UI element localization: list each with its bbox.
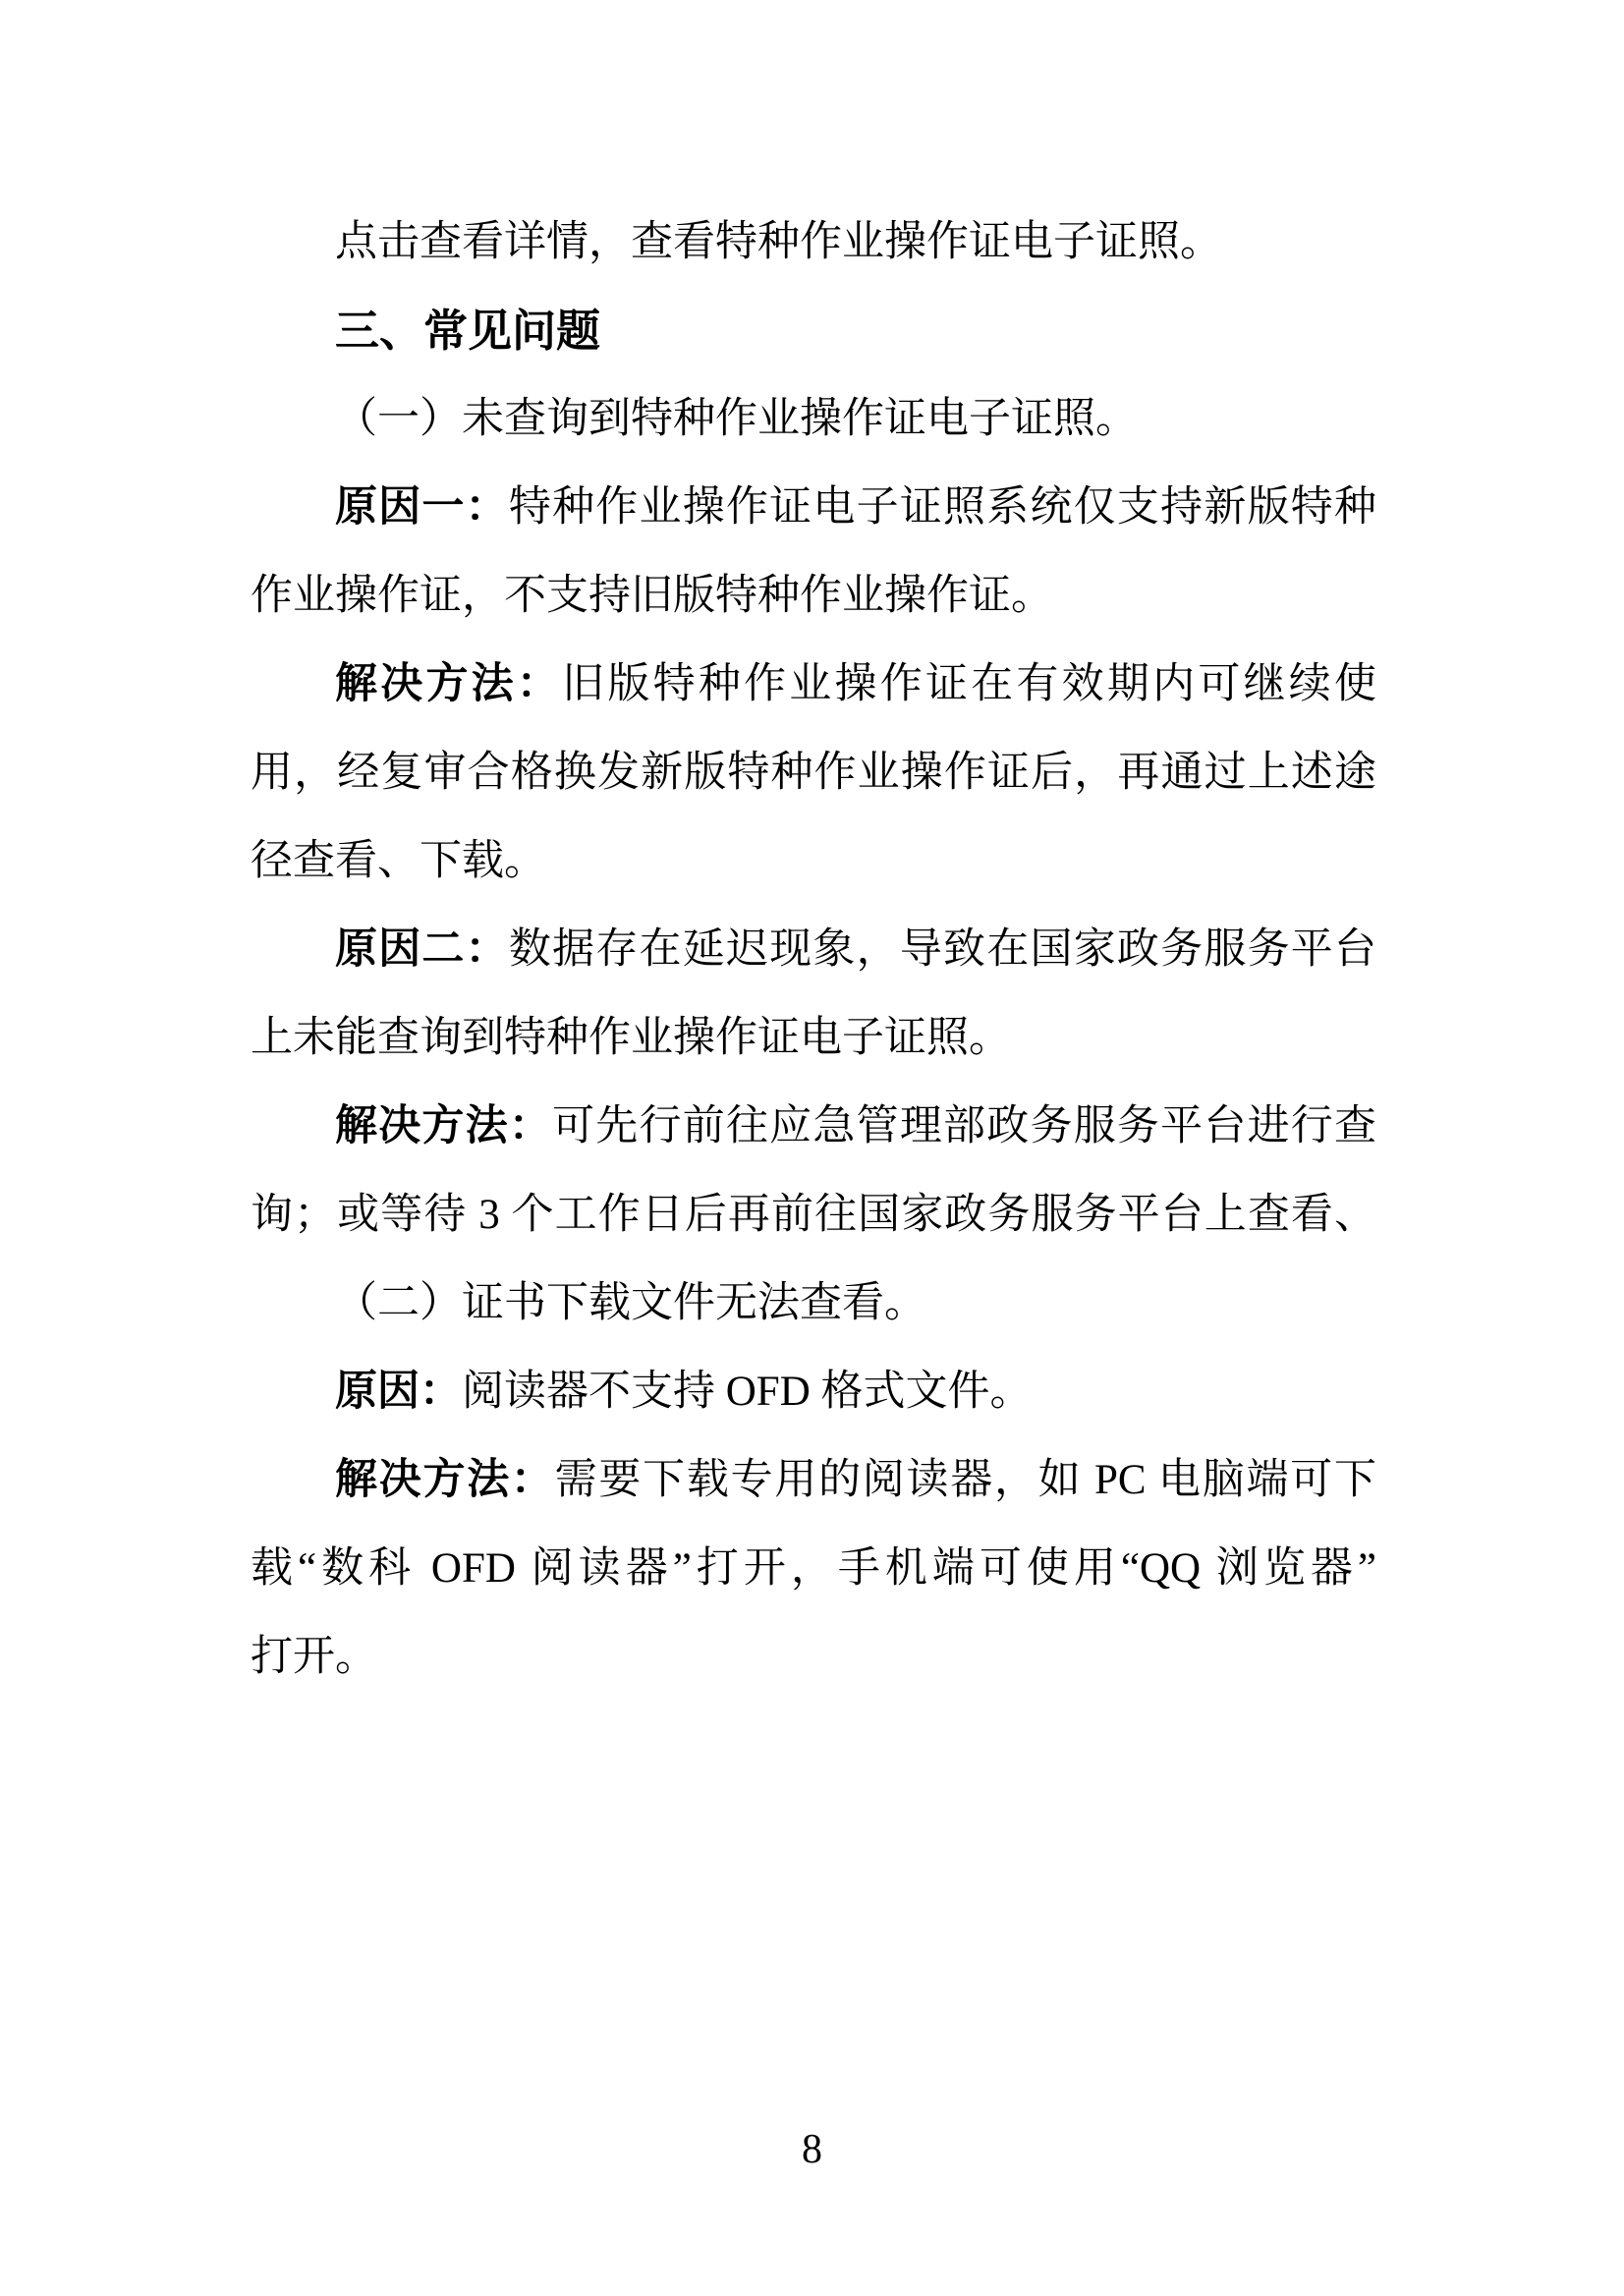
reason2-line2: 上未能查询到特种作业操作证电子证照。 [251,994,1376,1083]
section-heading: 三、常见问题 [251,287,1376,375]
subsection-heading-2: （二）证书下载文件无法查看。 [251,1260,1376,1348]
solution1-line1: 解决方法：旧版特种作业操作证在有效期内可继续使 [251,641,1376,729]
document-page: { "page": { "number": "8", "background_c… [0,0,1624,2296]
solution2-line1: 解决方法：可先行前往应急管理部政务服务平台进行查 [251,1083,1376,1171]
solution3-text: 需要下载专用的阅读器，如 PC 电脑端可下 [555,1457,1376,1503]
intro-line: 点击查看详情，查看特种作业操作证电子证照。 [251,198,1376,287]
solution2-label: 解决方法： [335,1103,552,1149]
reason3-line: 原因：阅读器不支持 OFD 格式文件。 [251,1348,1376,1436]
solution1-text: 旧版特种作业操作证在有效期内可继续使 [562,661,1376,707]
reason1-label: 原因一： [335,484,509,531]
reason2-text: 数据存在延迟现象，导致在国家政务服务平台 [509,926,1376,973]
solution3-label: 解决方法： [335,1457,555,1503]
subsection-heading-1: （一）未查询到特种作业操作证电子证照。 [251,375,1376,464]
solution1-line2: 用，经复审合格换发新版特种作业操作证后，再通过上述途 [251,729,1376,817]
reason2-line1: 原因二：数据存在延迟现象，导致在国家政务服务平台 [251,906,1376,994]
solution3-line1: 解决方法：需要下载专用的阅读器，如 PC 电脑端可下 [251,1436,1376,1525]
document-body: 点击查看详情，查看特种作业操作证电子证照。 三、常见问题 （一）未查询到特种作业… [251,198,1376,1702]
solution2-line2: 询；或等待 3 个工作日后再前往国家政务服务平台上查看、 [251,1171,1376,1260]
reason1-line2: 作业操作证，不支持旧版特种作业操作证。 [251,552,1376,641]
reason2-label: 原因二： [335,926,509,973]
solution2-text: 可先行前往应急管理部政务服务平台进行查 [552,1103,1376,1149]
reason1-text: 特种作业操作证电子证照系统仅支持新版特种 [509,484,1376,531]
page-number: 8 [802,2127,822,2172]
reason1-line1: 原因一：特种作业操作证电子证照系统仅支持新版特种 [251,464,1376,552]
page-footer: 8 [0,2120,1624,2179]
reason3-text: 阅读器不支持 OFD 格式文件。 [462,1369,1033,1415]
solution1-line3: 径查看、下载。 [251,817,1376,906]
reason3-label: 原因： [335,1369,462,1415]
solution3-line3: 打开。 [251,1613,1376,1702]
solution3-line2: 载“数科 OFD 阅读器”打开，手机端可使用“QQ 浏览器” [251,1525,1376,1613]
solution1-label: 解决方法： [335,661,562,707]
